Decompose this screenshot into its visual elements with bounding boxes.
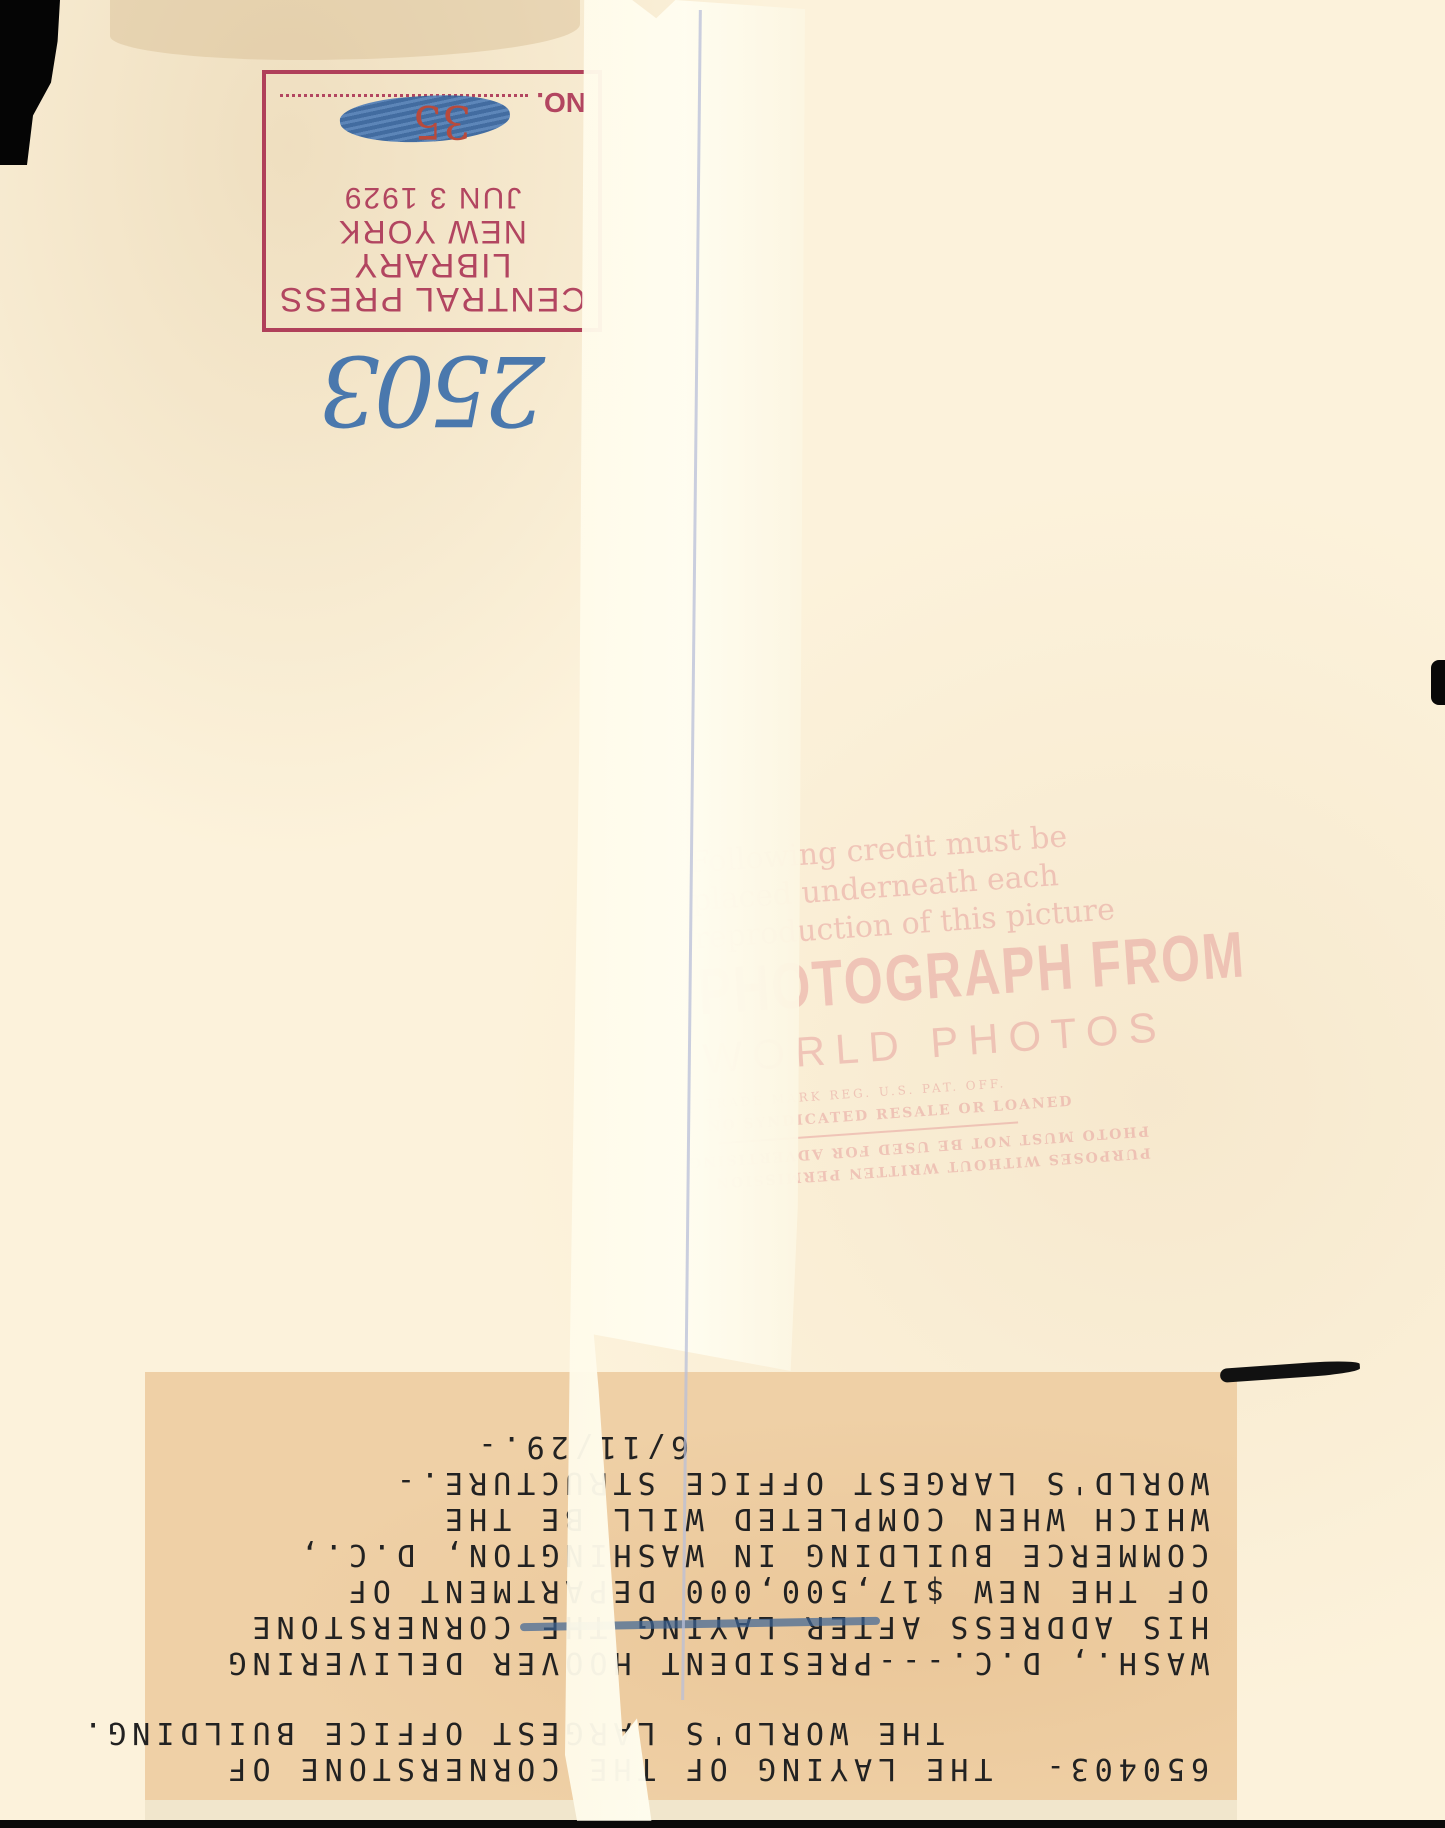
edge-notch <box>1431 660 1445 705</box>
caption-body-line: WORLD'S LARGEST OFFICE STRUCTURE.- <box>185 1464 1209 1500</box>
caption-body-line: WASH., D.C.---PRESIDENT HOOVER DELIVERIN… <box>185 1644 1209 1680</box>
stamp-line-3: NEW YORK <box>266 213 598 250</box>
caption-headline: THE WORLD'S LARGEST OFFICE BUILDING. <box>185 1714 1209 1750</box>
caption-body-line: COMMERCE BUILDING IN WASHINGTON, D.C., <box>185 1536 1209 1572</box>
caption-label: 650403- THE LAYING OF THE CORNERSTONE OF… <box>145 1372 1237 1802</box>
caption-headline: 650403- THE LAYING OF THE CORNERSTONE OF <box>185 1750 1209 1786</box>
caption-body-line: OF THE NEW $17,500,000 DEPARTMENT OF <box>185 1572 1209 1608</box>
paper-bottom-strip <box>145 1800 1237 1820</box>
scribbled-number: 35 <box>372 92 512 152</box>
caption-date: 6/11/29.- <box>185 1428 1209 1464</box>
handwritten-number: 2503 <box>285 335 585 445</box>
stamp-no-label: NO. <box>536 86 586 118</box>
bottom-edge <box>0 1820 1445 1828</box>
stamp-line-2: LIBRARY <box>266 245 598 284</box>
stamp-date: JUN 3 1929 <box>266 180 598 214</box>
stamp-line-1: CENTRAL PRESS <box>266 279 598 318</box>
caption-number: 650403- <box>1041 1750 1209 1786</box>
caption-body-line: WHICH WHEN COMPLETED WILL BE THE <box>185 1500 1209 1536</box>
headline-line-2: THE WORLD'S LARGEST OFFICE BUILDING. <box>78 1715 944 1750</box>
spacer <box>185 1680 1209 1714</box>
